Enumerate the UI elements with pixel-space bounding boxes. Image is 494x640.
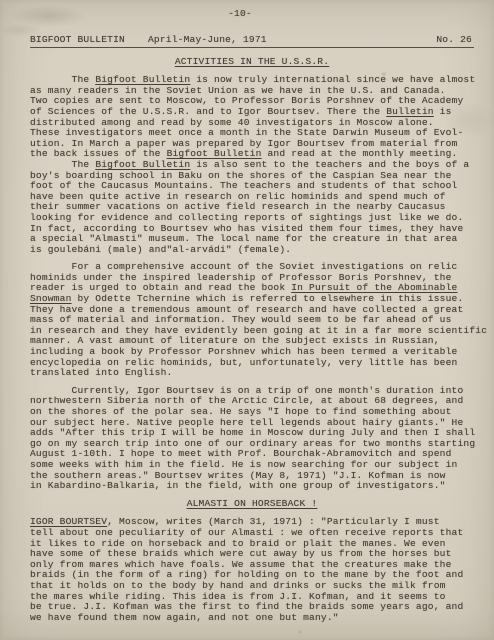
- section: ACTIVITIES IN THE U.S.S.R. The Bigfoot B…: [30, 57, 474, 492]
- text-line: of Sciences of the U.S.S.R. and to Igor …: [30, 107, 474, 118]
- paragraph: Currently, Igor Bourtsev is on a trip of…: [30, 386, 474, 492]
- paragraph: For a comprehensive account of the Sovie…: [30, 262, 474, 379]
- section: ALMASTI ON HORSEBACK !IGOR BOURTSEV, Mos…: [30, 499, 474, 624]
- paragraph: The Bigfoot Bulletin is also sent to the…: [30, 160, 474, 255]
- text-line: looking for evidence and collecting repo…: [30, 213, 474, 224]
- text-line: tell about one peculiarity of our Almast…: [30, 528, 474, 539]
- text-line: some weeks with him in the field. He is …: [30, 460, 474, 471]
- paragraph: The Bigfoot Bulletin is now truly intern…: [30, 75, 474, 160]
- masthead-issue-number: No. 26: [436, 35, 472, 46]
- masthead-date: April-May-June, 1971: [148, 35, 267, 46]
- text-line: on the shores of the polar sea. He says …: [30, 407, 474, 418]
- document-page: -10- BIGFOOT BULLETIN April-May-June, 19…: [0, 0, 494, 640]
- text-line: is goulebáni (male) and"al-arvádi" (fema…: [30, 245, 474, 256]
- paragraph: IGOR BOURTSEV, Moscow, writes (March 31,…: [30, 517, 474, 623]
- text-line: we have found them now again, and not on…: [30, 613, 474, 624]
- section-heading: ACTIVITIES IN THE U.S.S.R.: [30, 57, 474, 68]
- text-line: that it holds on to the body by hand and…: [30, 581, 474, 592]
- masthead-title: BIGFOOT BULLETIN: [30, 34, 125, 45]
- page-number: -10-: [18, 9, 462, 20]
- text-line: translated into English.: [30, 368, 474, 379]
- text-line: in Kabardino-Balkaria, in the field, wit…: [30, 481, 474, 492]
- section-heading: ALMASTI ON HORSEBACK !: [30, 499, 474, 510]
- masthead: BIGFOOT BULLETIN April-May-June, 1971 No…: [30, 35, 474, 48]
- text-line: The Bigfoot Bulletin is also sent to the…: [30, 160, 474, 171]
- article-sections: ACTIVITIES IN THE U.S.S.R. The Bigfoot B…: [30, 57, 474, 624]
